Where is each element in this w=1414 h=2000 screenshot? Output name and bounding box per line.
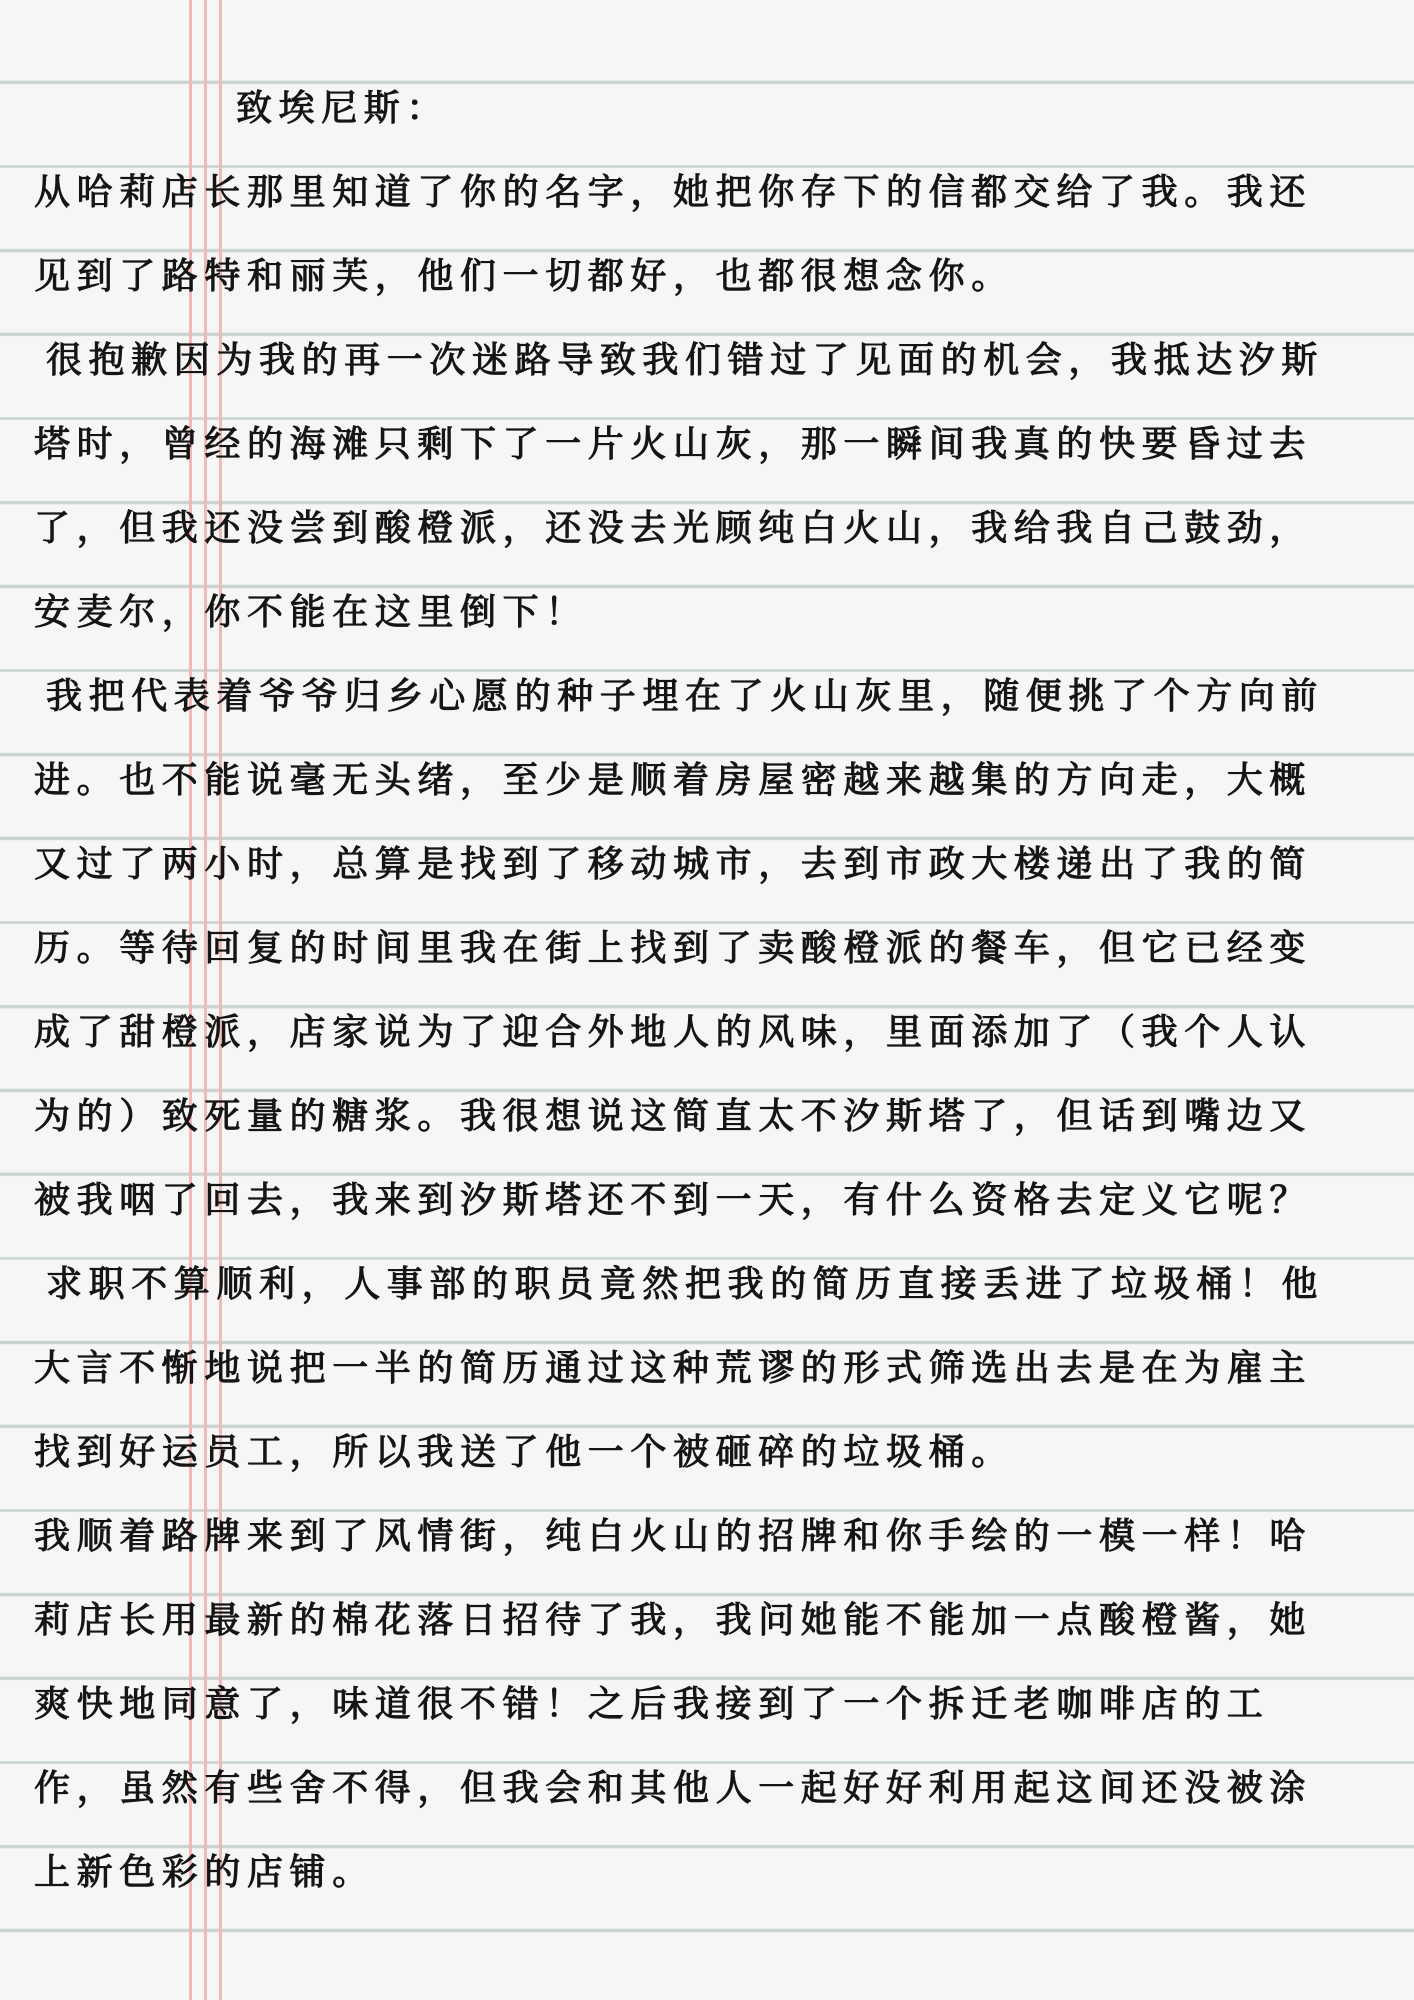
letter-line: 见到了路特和丽芙，他们一切都好，也都很想念你。 — [34, 235, 1014, 319]
letter-line: 我顺着路牌来到了风情街，纯白火山的招牌和你手绘的一模一样！哈 — [34, 1495, 1312, 1579]
letter-line: 从哈莉店长那里知道了你的名字，她把你存下的信都交给了我。我还 — [34, 151, 1312, 235]
letter-line: 为的）致死量的糖浆。我很想说这简直太不汐斯塔了，但话到嘴边又 — [34, 1075, 1312, 1159]
letter-line: 找到好运员工，所以我送了他一个被砸碎的垃圾桶。 — [34, 1411, 1014, 1495]
letter-line: 安麦尔，你不能在这里倒下！ — [34, 571, 588, 655]
lined-paper: 致埃尼斯： 从哈莉店长那里知道了你的名字，她把你存下的信都交给了我。我还 见到了… — [0, 0, 1414, 2000]
letter-line: 莉店长用最新的棉花落日招待了我，我问她能不能加一点酸橙酱，她 — [34, 1579, 1312, 1663]
letter-line: 塔时，曾经的海滩只剩下了一片火山灰，那一瞬间我真的快要昏过去 — [34, 403, 1312, 487]
letter-line: 上新色彩的店铺。 — [34, 1831, 375, 1915]
letter-line: 大言不惭地说把一半的简历通过这种荒谬的形式筛选出去是在为雇主 — [34, 1327, 1312, 1411]
letter-line: 我把代表着爷爷归乡心愿的种子埋在了火山灰里，随便挑了个方向前 — [46, 655, 1324, 739]
letter-line: 成了甜橙派，店家说为了迎合外地人的风味，里面添加了（我个人认 — [34, 991, 1312, 1075]
letter-line: 又过了两小时，总算是找到了移动城市，去到市政大楼递出了我的简 — [34, 823, 1312, 907]
letter-line: 爽快地同意了，味道很不错！之后我接到了一个拆迁老咖啡店的工 — [34, 1663, 1269, 1747]
letter-line: 作，虽然有些舍不得，但我会和其他人一起好好利用起这间还没被涂 — [34, 1747, 1312, 1831]
letter-line: 了，但我还没尝到酸橙派，还没去光顾纯白火山，我给我自己鼓劲， — [34, 487, 1312, 571]
letter-line: 很抱歉因为我的再一次迷路导致我们错过了见面的机会，我抵达汐斯 — [46, 319, 1324, 403]
letter-line: 进。也不能说毫无头绪，至少是顺着房屋密越来越集的方向走，大概 — [34, 739, 1312, 823]
letter-line: 历。等待回复的时间里我在街上找到了卖酸橙派的餐车，但它已经变 — [34, 907, 1312, 991]
letter-line: 求职不算顺利，人事部的职员竟然把我的简历直接丢进了垃圾桶！他 — [46, 1243, 1324, 1327]
letter-line: 被我咽了回去，我来到汐斯塔还不到一天，有什么资格去定义它呢？ — [34, 1159, 1312, 1243]
letter-salutation: 致埃尼斯： — [236, 67, 449, 151]
